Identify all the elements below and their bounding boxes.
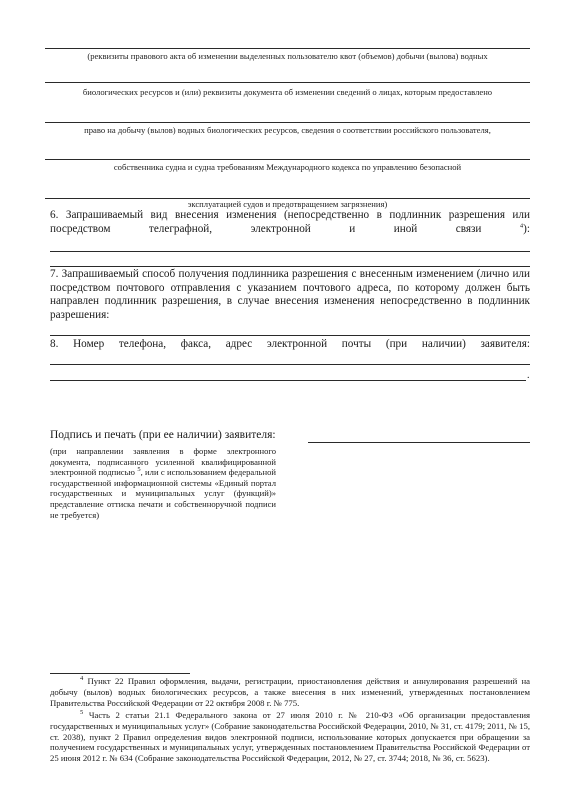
item-8-end-mark: . [527,370,530,381]
footnote-4: 4 Пункт 22 Правил оформления, выдачи, ре… [50,676,530,708]
item-8-answer-line-2[interactable] [50,380,526,381]
item-8-text: 8. Номер телефона, факса, адрес электрон… [50,338,530,352]
item-8-answer-line-1[interactable] [50,364,530,365]
item-7-text: 7. Запрашиваемый способ получения подлин… [50,268,530,322]
blank-line-4[interactable] [45,159,530,160]
item-6-tail: ): [523,223,530,235]
item-6-answer-line[interactable] [50,251,530,252]
footnote-4-text: Пункт 22 Правил оформления, выдачи, реги… [50,676,530,708]
blank-line-1[interactable] [45,48,530,49]
signature-line[interactable] [308,442,530,443]
footnote-4-number: 4 [80,675,83,682]
item-7-answer-line[interactable] [50,335,530,336]
caption-4: собственника судна и судна требованиям М… [45,162,530,173]
item-7-top-line [50,266,530,267]
caption-2: биологических ресурсов и (или) реквизиты… [45,87,530,98]
item-6-body: 6. Запрашиваемый вид внесения изменения … [50,209,530,235]
caption-3: право на добычу (вылов) водных биологиче… [45,125,530,136]
blank-line-3[interactable] [45,122,530,123]
caption-1: (реквизиты правового акта об изменении в… [45,51,530,62]
blank-line-2[interactable] [45,82,530,83]
footnote-separator [50,673,190,674]
item-6-text: 6. Запрашиваемый вид внесения изменения … [50,209,530,236]
signature-note: (при направлении заявления в форме элект… [50,446,276,520]
footnote-5-number: 5 [80,709,83,716]
signature-label: Подпись и печать (при ее наличии) заявит… [50,428,276,442]
footnote-5-text: Часть 2 статьи 21.1 Федерального закона … [50,710,530,763]
footnote-5: 5 Часть 2 статьи 21.1 Федерального закон… [50,710,530,764]
